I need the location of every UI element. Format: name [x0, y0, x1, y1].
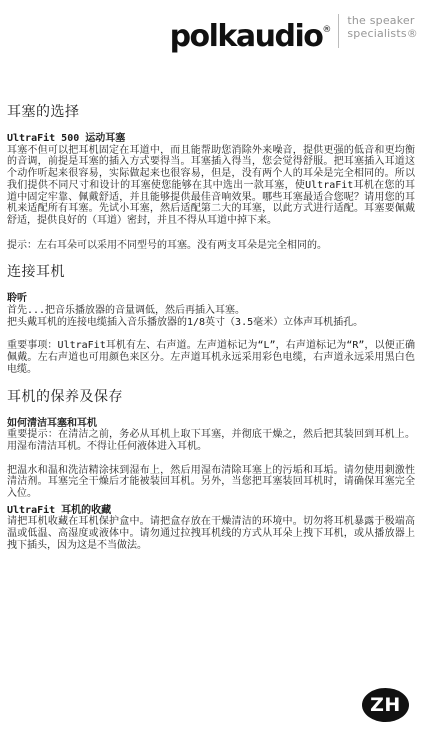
connecting-title: 连接耳机 — [7, 265, 415, 279]
language-badge-zh: ZH — [362, 688, 409, 722]
storage-instructions: 请把耳机收藏在耳机保护盒中。请把盒存放在干燥清洁的环境中。切勿将耳机暴露于极端高… — [7, 516, 415, 551]
manual-content: 耳塞的选择 UltraFit 500 运动耳塞 耳塞不但可以把耳机固定在耳道中，… — [7, 105, 415, 552]
cleaning-note: 重要提示：在清洁之前，务必从耳机上取下耳塞，并彻底干燥之，然后把其装回到耳机上。… — [7, 429, 415, 452]
ultrafit-500-subheading: UltraFit 500 运动耳塞 — [7, 133, 415, 145]
section-ear-tip-selection: 耳塞的选择 UltraFit 500 运动耳塞 耳塞不但可以把耳机固定在耳道中，… — [7, 105, 415, 251]
ear-tip-selection-paragraph: 耳塞不但可以把耳机固定在耳道中，而且能帮助您消除外来噪音，提供更强的低音和更均衡… — [7, 145, 415, 227]
tagline-line1: the speaker — [347, 14, 418, 27]
polkaudio-logo: polkaudio® — [170, 13, 332, 52]
brand-divider — [338, 14, 339, 48]
section-connecting-headphones: 连接耳机 聆听 首先...把音乐播放器的音量调低，然后再插入耳塞。 把头戴耳机的… — [7, 265, 415, 375]
section-care-and-storage: 耳机的保养及保存 如何清洁耳塞和耳机 重要提示：在清洁之前，务必从耳机上取下耳塞… — [7, 390, 415, 552]
care-storage-title: 耳机的保养及保存 — [7, 390, 415, 404]
cleaning-subheading: 如何清洁耳塞和耳机 — [7, 418, 415, 430]
ear-tip-selection-title: 耳塞的选择 — [7, 105, 415, 119]
listening-step1: 首先...把音乐播放器的音量调低，然后再插入耳塞。 — [7, 305, 415, 317]
registered-trademark-icon: ® — [322, 25, 331, 35]
manual-page: polkaudio® the speaker specialists® 耳塞的选… — [0, 0, 422, 729]
tagline-line2: specialists® — [347, 27, 418, 40]
listening-subheading: 聆听 — [7, 293, 415, 305]
brand-tagline: the speaker specialists® — [347, 13, 418, 40]
logo-polk-text: polk — [170, 19, 236, 54]
logo-audio-text: audio — [236, 19, 322, 54]
brand-header: polkaudio® the speaker specialists® — [170, 13, 418, 52]
ear-tip-tip-line: 提示：左右耳朵可以采用不同型号的耳塞。没有两支耳朵是完全相同的。 — [7, 240, 415, 252]
storage-subheading: UltraFit 耳机的收藏 — [7, 505, 415, 517]
channel-important-note: 重要事项：UltraFit耳机有左、右声道。左声道标记为“L”，右声道标记为“R… — [7, 340, 415, 375]
listening-step2: 把头戴耳机的连接电缆插入音乐播放器的1/8英寸（3.5毫米）立体声耳机插孔。 — [7, 317, 415, 329]
cleaning-instructions: 把温水和温和洗洁精涂抹到湿布上，然后用湿布清除耳塞上的污垢和耳垢。请勿使用刺激性… — [7, 465, 415, 500]
language-badge-label: ZH — [370, 696, 401, 715]
